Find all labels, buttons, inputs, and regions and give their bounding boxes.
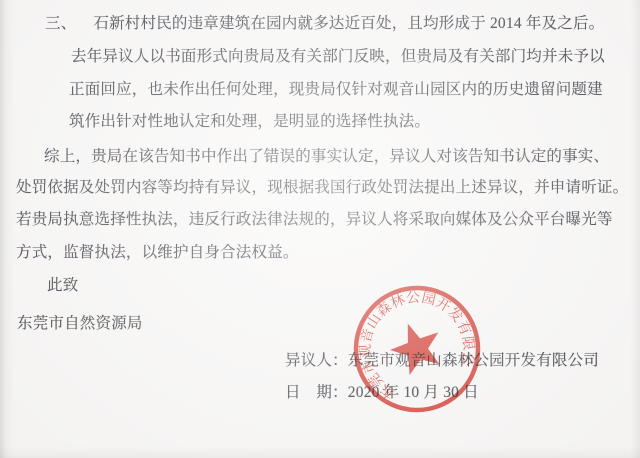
- body-line: 筑作出针对性地认定和处理，是明显的选择性执法。: [69, 109, 430, 131]
- body-line-item3: 三、石新村村民的违章建筑在园内就多达近百处，且均形成于 2014 年及之后。: [45, 11, 604, 33]
- body-line: 处罚依据及处罚内容等均持有异议，现根据我国行政处罚法提出上述异议，并申请听证。: [16, 175, 628, 197]
- company-seal: 东莞市观音山森林公园开发有限公司: [337, 269, 497, 429]
- scanned-document-page: 三、石新村村民的违章建筑在园内就多达近百处，且均形成于 2014 年及之后。 去…: [0, 0, 640, 458]
- star-icon: [384, 315, 449, 378]
- body-line: 方式，监督执法，以维护自身合法权益。: [16, 240, 299, 262]
- body-line: 去年异议人以书面形式向贵局及有关部门反映，但贵局及有关部门均并未予以: [71, 44, 605, 66]
- body-line: 正面回应，也未作出任何处理，现贵局仅针对观音山园区内的历史遗留问题建: [69, 77, 603, 99]
- item-number: 三、: [45, 11, 76, 33]
- closing-salutation: 此致: [47, 273, 78, 295]
- body-line: 若贵局执意选择性执法，违反行政法律法规的，异议人将采取向媒体及公众平台曝光等: [16, 207, 613, 229]
- body-line-text: 石新村村民的违章建筑在园内就多达近百处，且均形成于 2014 年及之后。: [93, 11, 604, 33]
- body-line: 综上，贵局在该告知书中作出了错误的事实认定，异议人对该告知书认定的事实、: [44, 144, 609, 166]
- recipient-name: 东莞市自然资源局: [17, 311, 143, 333]
